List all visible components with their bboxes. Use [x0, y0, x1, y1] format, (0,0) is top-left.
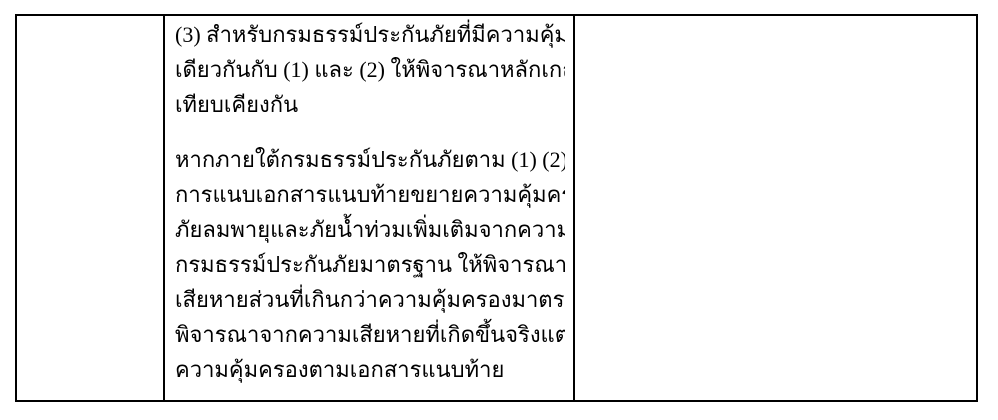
text-line-content: การแนบเอกสารแนบท้ายขยายความคุ้มครองสำหรั… [175, 182, 565, 207]
table-cell-left-empty [17, 16, 165, 400]
text-line-content: ความคุ้มครองตามเอกสารแนบท้าย [175, 357, 504, 382]
paragraph-endorsement-consideration: หากภายใต้กรมธรรม์ประกันภัยตาม (1) (2) แล… [175, 142, 565, 387]
text-line: ภัยลมพายุและภัยน้ำท่วมเพิ่มเติมจากความคุ… [175, 212, 565, 247]
text-line: หากภายใต้กรมธรรม์ประกันภัยตาม (1) (2) แล… [175, 142, 565, 177]
text-line-content: กรมธรรม์ประกันภัยมาตรฐาน ให้พิจารณาความ [175, 252, 565, 277]
text-line: เดียวกันกับ (1) และ (2) ให้พิจารณาหลักเก… [175, 52, 565, 87]
text-line-content: พิจารณาจากความเสียหายที่เกิดขึ้นจริงแต่ไ… [175, 322, 565, 347]
text-line-content: ภัยลมพายุและภัยน้ำท่วมเพิ่มเติมจากความคุ… [175, 217, 565, 242]
text-line: (3) สำหรับกรมธรรม์ประกันภัยที่มีความคุ้ม… [175, 17, 565, 52]
text-line-content: เดียวกันกับ (1) และ (2) ให้พิจารณาหลักเก… [175, 57, 565, 82]
table-cell-right-empty [575, 16, 976, 400]
text-line: ความคุ้มครองตามเอกสารแนบท้าย [175, 352, 565, 387]
text-line: เทียบเคียงกัน [175, 87, 565, 122]
text-line: พิจารณาจากความเสียหายที่เกิดขึ้นจริงแต่ไ… [175, 317, 565, 352]
text-line: กรมธรรม์ประกันภัยมาตรฐาน ให้พิจารณาความ [175, 247, 565, 282]
table-cell-content: (3) สำหรับกรมธรรม์ประกันภัยที่มีความคุ้ม… [165, 16, 575, 400]
paragraph-clause-3: (3) สำหรับกรมธรรม์ประกันภัยที่มีความคุ้ม… [175, 17, 565, 122]
text-line-content: เสียหายส่วนที่เกินกว่าความคุ้มครองมาตรฐา… [175, 287, 565, 312]
text-line-content: เทียบเคียงกัน [175, 92, 298, 117]
text-line-content: หากภายใต้กรมธรรม์ประกันภัยตาม (1) (2) แล… [175, 147, 565, 172]
document-table: (3) สำหรับกรมธรรม์ประกันภัยที่มีความคุ้ม… [15, 14, 978, 402]
text-line: เสียหายส่วนที่เกินกว่าความคุ้มครองมาตรฐา… [175, 282, 565, 317]
text-line: การแนบเอกสารแนบท้ายขยายความคุ้มครองสำหรั… [175, 177, 565, 212]
text-line-content: (3) สำหรับกรมธรรม์ประกันภัยที่มีความคุ้ม… [175, 22, 565, 47]
